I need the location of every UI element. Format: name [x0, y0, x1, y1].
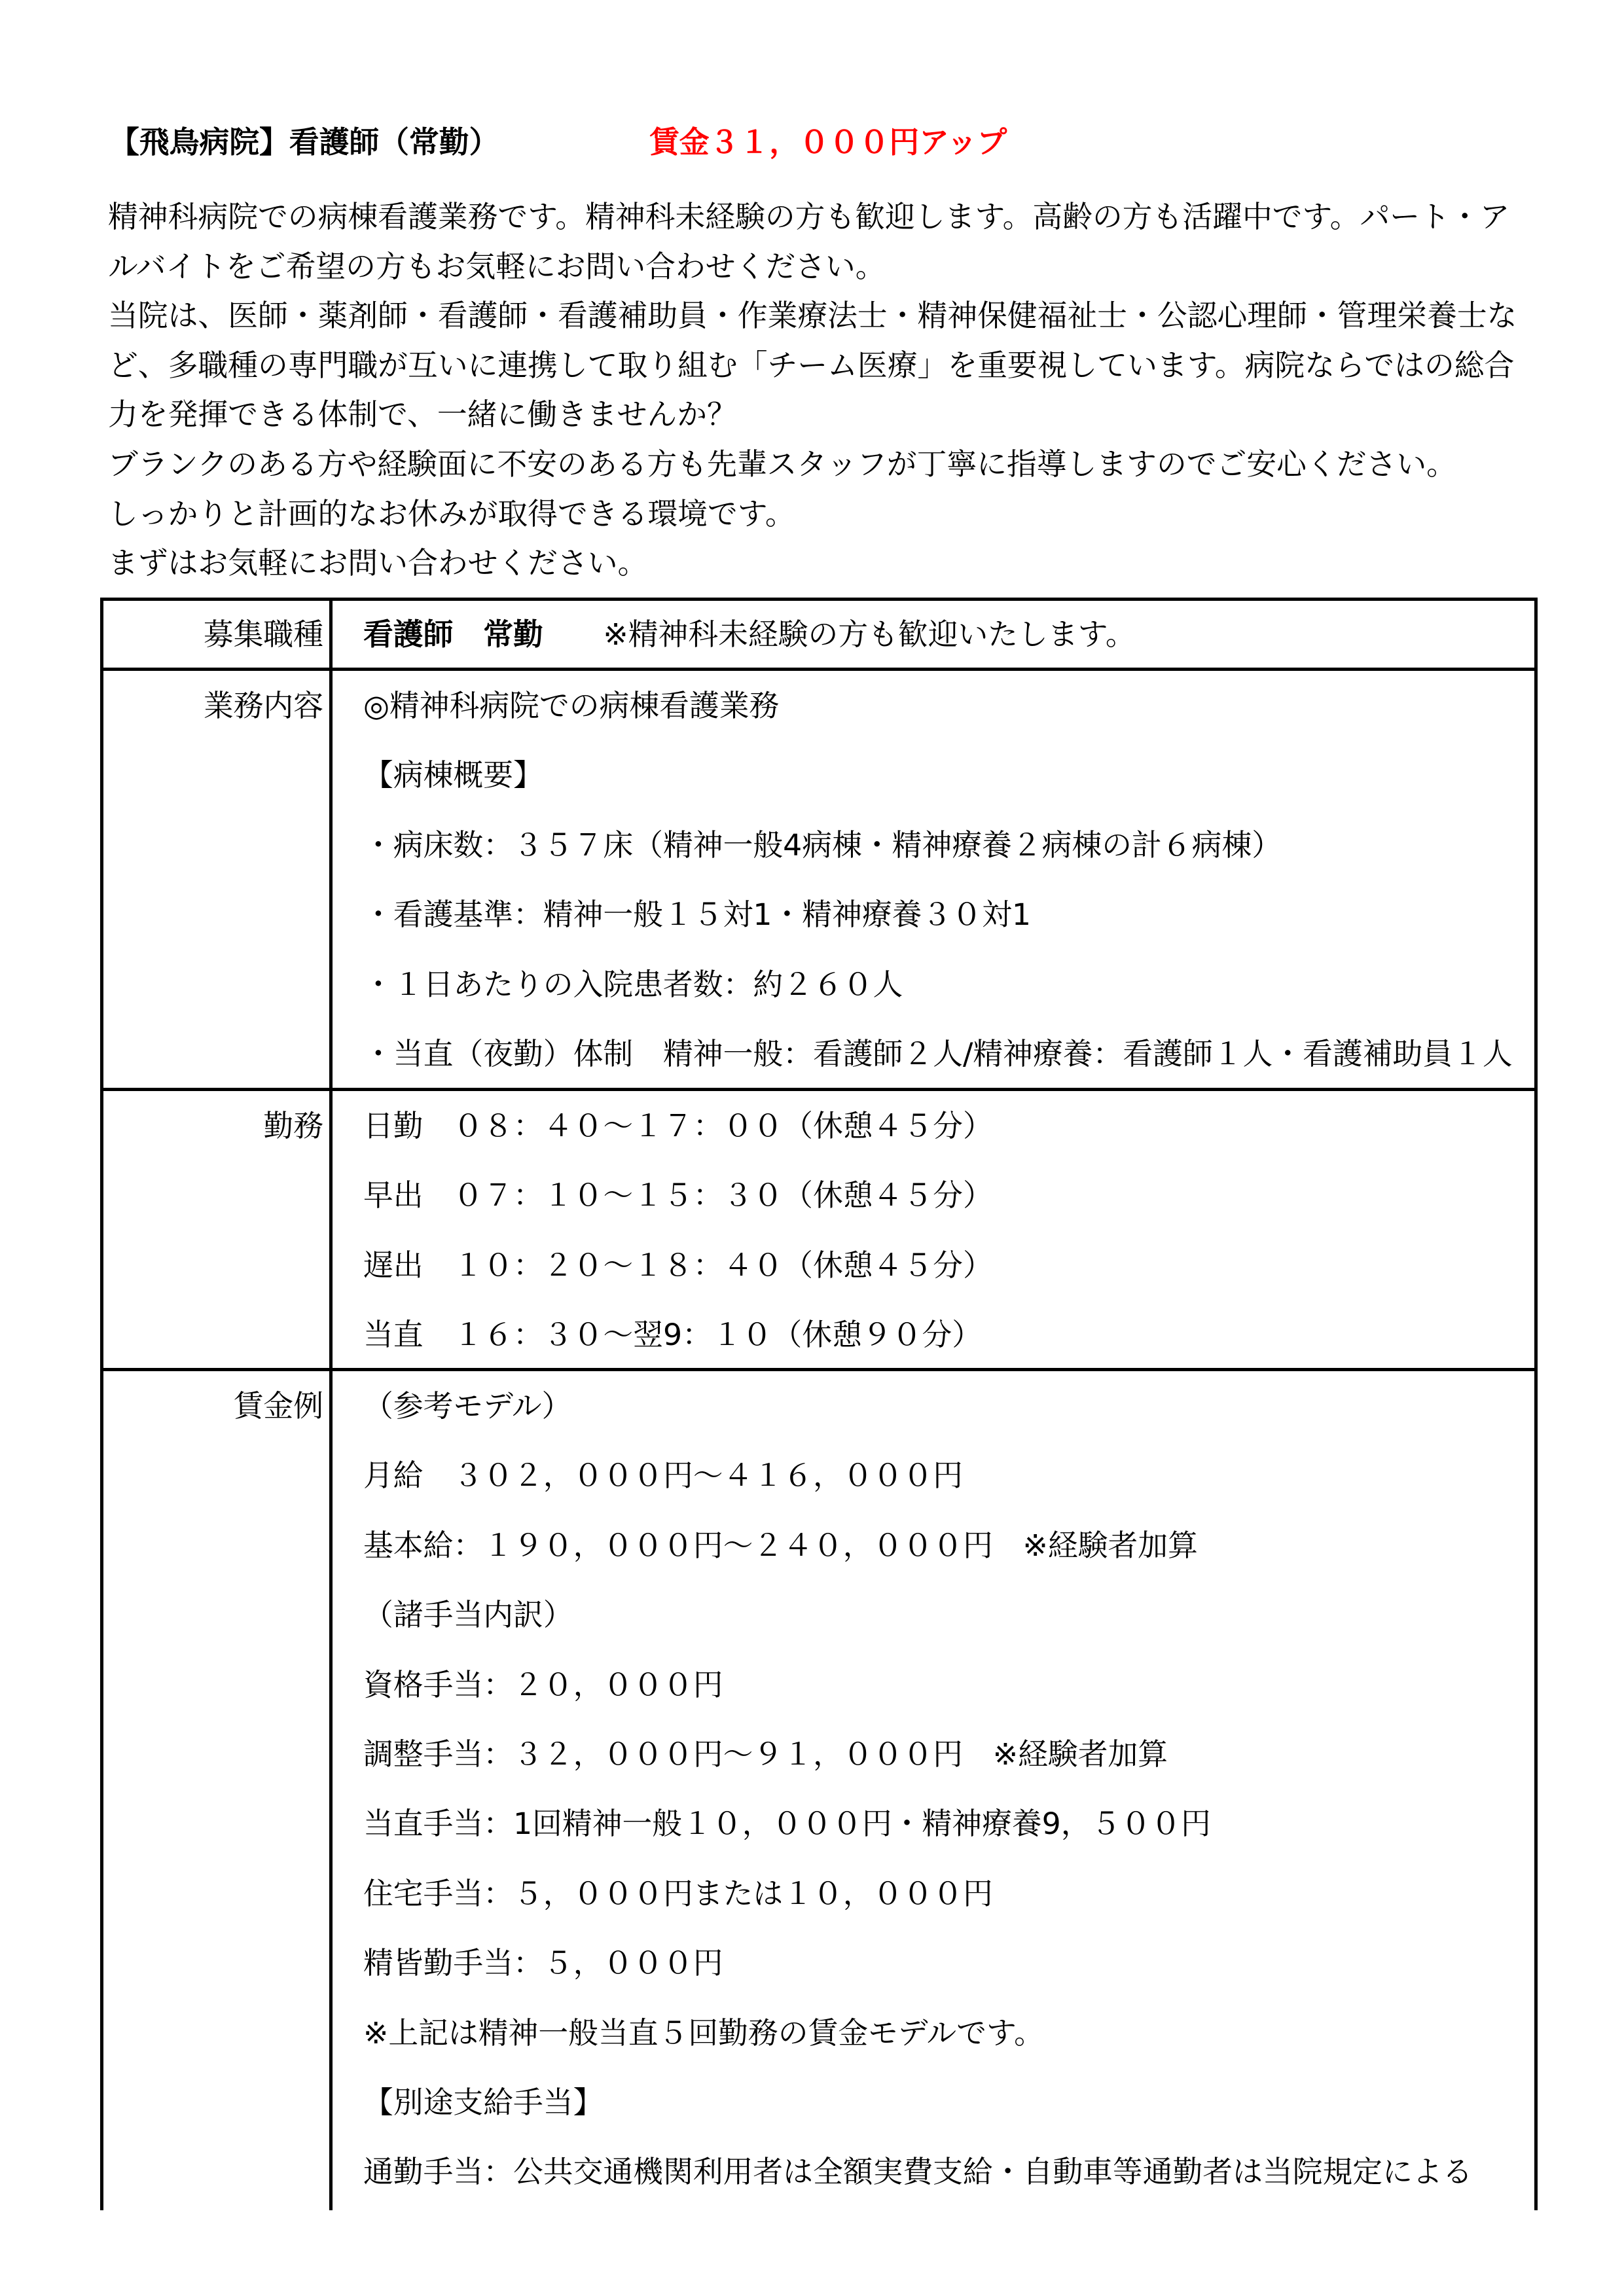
row-duties: 業務内容 ◎精神科病院での病棟看護業務 【病棟概要】 ・病床数：３５７床（精神一… — [103, 671, 1534, 1091]
wage-line: 基本給：１９０，０００円～２４０，０００円 ※経験者加算 — [363, 1511, 1534, 1580]
wage-line: 調整手当：３２，０００円～９１，０００円 ※経験者加算 — [363, 1719, 1534, 1789]
posting-header: 【飛鳥病院】看護師（常勤） 賃金３１，０００円アップ — [109, 124, 1091, 160]
row-label-job-type: 募集職種 — [103, 601, 329, 668]
duties-content: ◎精神科病院での病棟看護業務 【病棟概要】 ・病床数：３５７床（精神一般4病棟・… — [329, 671, 1534, 1088]
job-posting-page: 【飛鳥病院】看護師（常勤） 賃金３１，０００円アップ 精神科病院での病棟看護業務… — [0, 0, 1624, 2296]
wage-line: 住宅手当：５，０００円または１０，０００円 — [363, 1859, 1534, 1928]
posting-title: 【飛鳥病院】看護師（常勤） — [109, 124, 499, 160]
shift-line: 当直 １６：３０～翌9：１０（休憩９０分） — [363, 1300, 1534, 1369]
wage-line: 精皆勤手当：５，０００円 — [363, 1928, 1534, 1998]
intro-line: しっかりと計画的なお休みが取得できる環境です。 — [108, 490, 1548, 539]
intro-line: 精神科病院での病棟看護業務です。精神科未経験の方も歓迎します。高齢の方も活躍中で… — [108, 192, 1548, 242]
shifts-content: 日勤 ０８：４０～１７：００（休憩４５分） 早出 ０７：１０～１５：３０（休憩４… — [329, 1091, 1534, 1368]
duties-line: ・１日あたりの入院患者数：約２６０人 — [363, 950, 1534, 1019]
job-type-content: 看護師 常勤 ※精神科未経験の方も歓迎いたします。 — [329, 601, 1534, 668]
shift-line: 遅出 １０：２０～１８：４０（休憩４５分） — [363, 1230, 1534, 1300]
duties-line: 【病棟概要】 — [363, 740, 1534, 810]
position-name: 看護師 常勤 — [363, 617, 543, 652]
wage-line: 当直手当：1回精神一般１０，０００円・精神療養9，５００円 — [363, 1789, 1534, 1858]
shift-line: 日勤 ０８：４０～１７：００（休憩４５分） — [363, 1091, 1534, 1160]
wage-line: ※上記は精神一般当直５回勤務の賃金モデルです。 — [363, 1998, 1534, 2068]
intro-line: まずはお気軽にお問い合わせください。 — [108, 539, 1548, 588]
row-wages: 賃金例 （参考モデル） 月給 ３０２，０００円～４１６，０００円 基本給：１９０… — [103, 1371, 1534, 2210]
row-label-wages: 賃金例 — [103, 1371, 329, 2210]
intro-line: ブランクのある方や経験面に不安のある方も先輩スタッフが丁寧に指導しますのでご安心… — [108, 440, 1548, 490]
intro-paragraph: 精神科病院での病棟看護業務です。精神科未経験の方も歓迎します。高齢の方も活躍中で… — [108, 192, 1548, 588]
intro-line: ルバイトをご希望の方もお気軽にお問い合わせください。 — [108, 242, 1548, 292]
row-job-type: 募集職種 看護師 常勤 ※精神科未経験の方も歓迎いたします。 — [103, 601, 1534, 671]
wage-line: （参考モデル） — [363, 1371, 1534, 1441]
job-details-table: 募集職種 看護師 常勤 ※精神科未経験の方も歓迎いたします。 業務内容 ◎精神科… — [100, 598, 1538, 2210]
intro-line: 当院は、医師・薬剤師・看護師・看護補助員・作業療法士・精神保健福祉士・公認心理師… — [108, 291, 1548, 341]
duties-line: ・看護基準：精神一般１５対1・精神療養３０対1 — [363, 880, 1534, 949]
wages-content: （参考モデル） 月給 ３０２，０００円～４１６，０００円 基本給：１９０，０００… — [329, 1371, 1534, 2210]
wage-increase-highlight: 賃金３１，０００円アップ — [649, 124, 1007, 160]
wage-line: （諸手当内訳） — [363, 1580, 1534, 1649]
position-note: ※精神科未経験の方も歓迎いたします。 — [543, 617, 1136, 652]
row-label-duties: 業務内容 — [103, 671, 329, 1088]
row-shifts: 勤務 日勤 ０８：４０～１７：００（休憩４５分） 早出 ０７：１０～１５：３０（… — [103, 1091, 1534, 1371]
row-label-shifts: 勤務 — [103, 1091, 329, 1368]
wage-line: 【別途支給手当】 — [363, 2068, 1534, 2137]
intro-line: 力を発揮できる体制で、一緒に働きませんか？ — [108, 390, 1548, 440]
shift-line: 早出 ０７：１０～１５：３０（休憩４５分） — [363, 1160, 1534, 1230]
job-type-line: 看護師 常勤 ※精神科未経験の方も歓迎いたします。 — [363, 601, 1534, 668]
wage-line: 資格手当：２０，０００円 — [363, 1650, 1534, 1719]
wage-line: 月給 ３０２，０００円～４１６，０００円 — [363, 1441, 1534, 1510]
duties-line: ・当直（夜勤）体制 精神一般：看護師２人/精神療養：看護師１人・看護補助員１人 — [363, 1019, 1534, 1088]
duties-line: ・病床数：３５７床（精神一般4病棟・精神療養２病棟の計６病棟） — [363, 810, 1534, 880]
wage-line: 通勤手当：公共交通機関利用者は全額実費支給・自動車等通勤者は当院規定による — [363, 2137, 1534, 2206]
duties-line: ◎精神科病院での病棟看護業務 — [363, 671, 1534, 740]
intro-line: ど、多職種の専門職が互いに連携して取り組む「チーム医療」を重要視しています。病院… — [108, 341, 1548, 391]
